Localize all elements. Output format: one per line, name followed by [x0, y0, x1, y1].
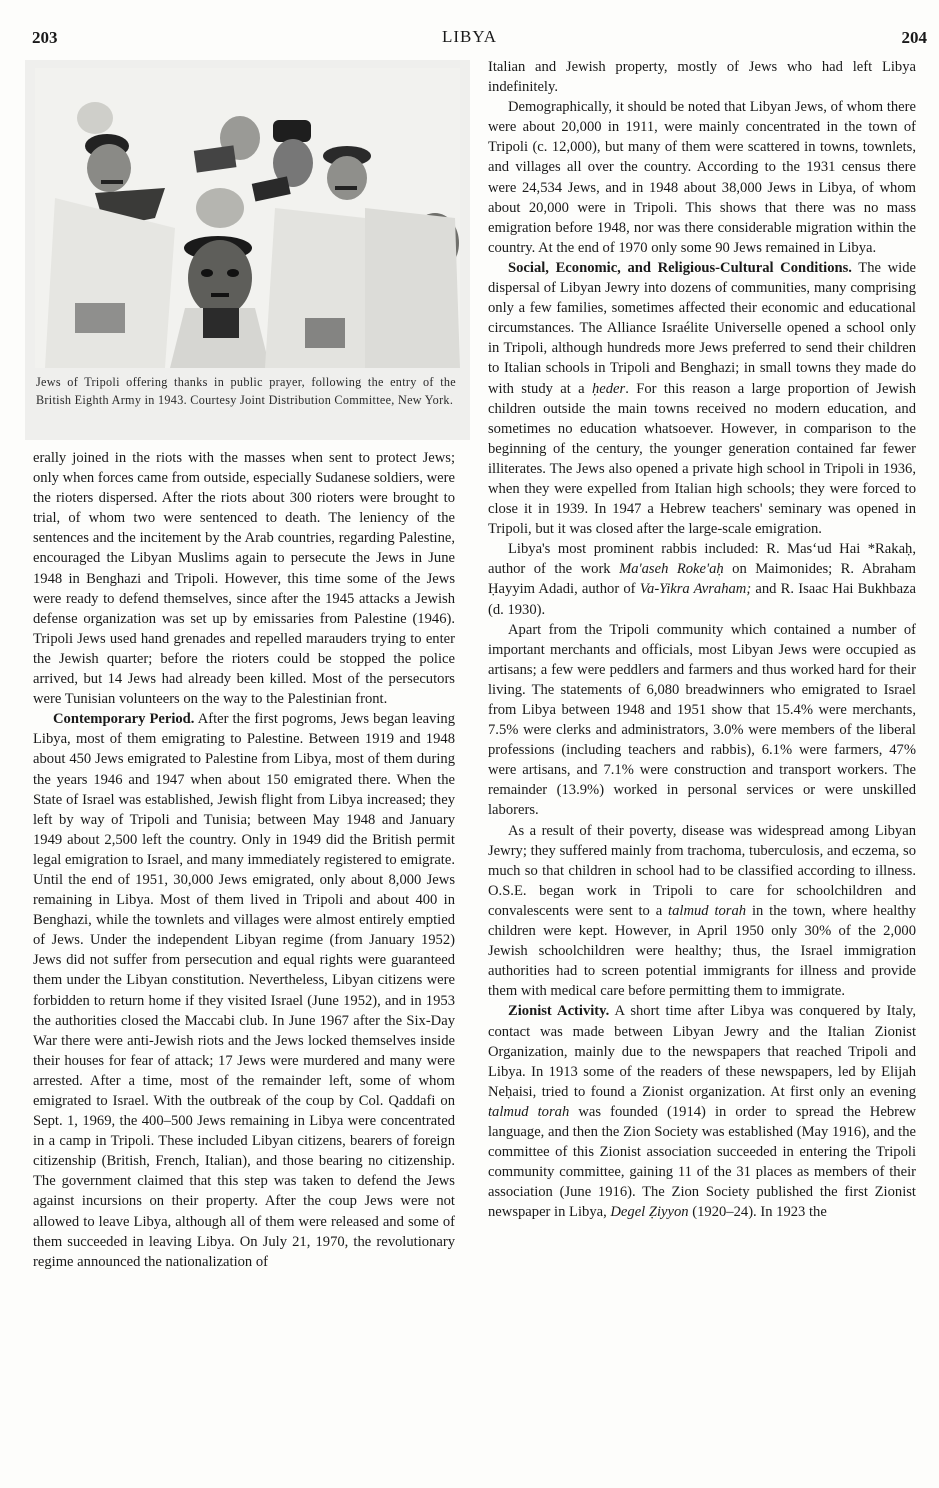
- italic-title: Va-Yikra Avraham;: [640, 581, 751, 597]
- figure-caption: Jews of Tripoli offering thanks in publi…: [36, 374, 456, 409]
- italic-term: talmud torah: [668, 903, 746, 919]
- italic-title: Ma'aseh Roke'aḥ: [619, 561, 724, 577]
- photo-illustration-icon: [35, 68, 460, 368]
- photograph: [35, 68, 460, 368]
- italic-title: Degel Ẓiyyon: [610, 1204, 688, 1220]
- italic-term: talmud torah: [488, 1104, 569, 1120]
- left-column: erally joined in the riots with the mass…: [33, 448, 455, 1272]
- paragraph: Italian and Jewish property, mostly of J…: [488, 57, 916, 97]
- page-number-right: 204: [902, 28, 928, 48]
- paragraph-demographics: Demographically, it should be noted that…: [488, 97, 916, 258]
- paragraph-text: was founded (1914) in order to spread th…: [488, 1104, 916, 1220]
- paragraph-rabbis: Libya's most prominent rabbis included: …: [488, 539, 916, 619]
- paragraph-social-conditions: Social, Economic, and Religious-Cultural…: [488, 258, 916, 539]
- paragraph: erally joined in the riots with the mass…: [33, 448, 455, 709]
- page-header: 203 LIBYA 204: [0, 22, 939, 52]
- running-title: LIBYA: [0, 27, 939, 47]
- paragraph-text: . For this reason a large proportion of …: [488, 381, 916, 538]
- section-heading: Contemporary Period.: [53, 711, 194, 727]
- section-heading: Zionist Activity.: [508, 1003, 609, 1019]
- italic-term: ḥeder: [592, 381, 625, 397]
- paragraph-text: After the first pogroms, Jews began leav…: [33, 711, 455, 1270]
- paragraph-text: The wide dispersal of Libyan Jewry into …: [488, 260, 916, 397]
- paragraph-disease: As a result of their poverty, disease wa…: [488, 821, 916, 1002]
- section-heading: Social, Economic, and Religious-Cultural…: [508, 260, 852, 276]
- figure: Jews of Tripoli offering thanks in publi…: [25, 60, 470, 440]
- right-column: Italian and Jewish property, mostly of J…: [488, 57, 916, 1222]
- paragraph-zionist-activity: Zionist Activity. A short time after Lib…: [488, 1001, 916, 1222]
- paragraph-text: (1920–24). In 1923 the: [689, 1204, 827, 1220]
- paragraph-occupations: Apart from the Tripoli community which c…: [488, 620, 916, 821]
- paragraph-contemporary-period: Contemporary Period. After the first pog…: [33, 709, 455, 1272]
